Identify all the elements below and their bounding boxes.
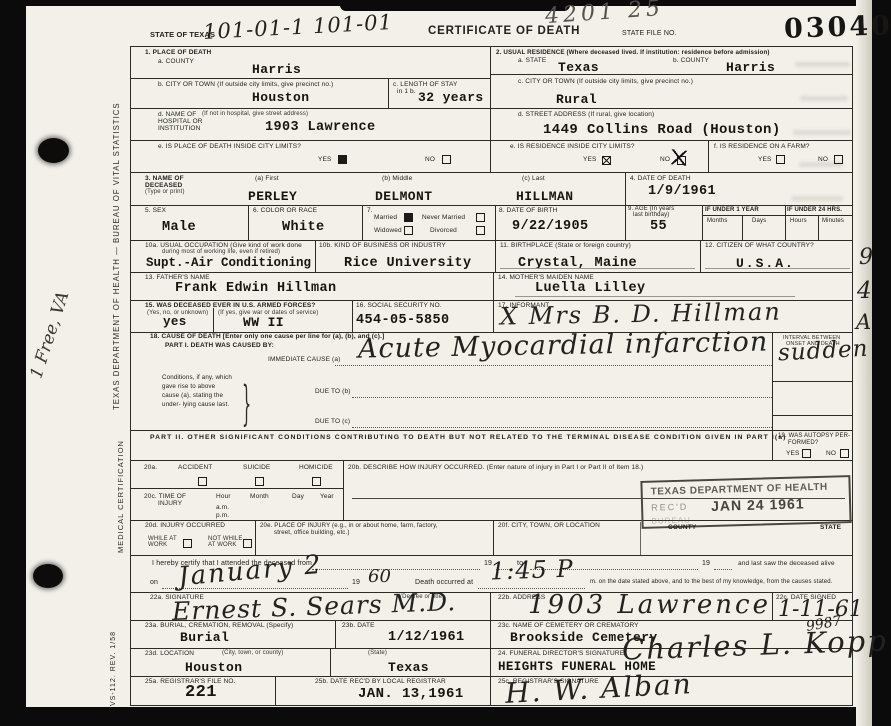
state-file-no-stamp: 03040 — [783, 10, 891, 45]
field-2f-yes-checkbox — [776, 155, 785, 164]
month-label: Month — [250, 493, 269, 500]
field-7-married-label: Married — [374, 214, 397, 221]
field-18-label: 18. CAUSE OF DEATH [Enter only one cause… — [150, 333, 384, 340]
field-11-label: 11. BIRTHPLACE (State or foreign country… — [500, 242, 631, 249]
field-19-yes-label: YES — [786, 450, 799, 457]
field-20e-label: 20e. PLACE OF INJURY (e.g., in or about … — [260, 522, 438, 529]
margin-mark-4: 4 — [857, 278, 872, 304]
field-19-yes-checkbox — [802, 449, 811, 458]
field-1d-label3: INSTITUTION — [158, 125, 200, 132]
field-19-label2: FORMED? — [788, 440, 818, 446]
handwritten-x-mark — [669, 149, 688, 166]
conditions-brace: } — [242, 378, 251, 433]
field-4-label: 4. DATE OF DEATH — [630, 175, 691, 182]
section3-title: 3. NAME OF — [145, 175, 184, 182]
state-label: STATE — [820, 524, 841, 531]
field-23d-label: 23d. LOCATION — [145, 650, 194, 657]
cause-of-death-handwriting: Acute Myocardial infarction — [358, 326, 769, 364]
field-2b-value: Harris — [726, 60, 775, 75]
field-10a-label2: during most of working life, even if ret… — [162, 249, 280, 255]
field-7-label: 7. — [367, 207, 373, 214]
field-1c-value: 32 years — [418, 90, 484, 105]
field-1a-value: Harris — [252, 62, 301, 77]
field-20d-label: 20d. INJURY OCCURRED — [145, 522, 225, 529]
while-at-work-checkbox — [183, 539, 192, 548]
field-20a-label: 20a. — [144, 464, 157, 471]
interval-handwriting: sudden — [777, 336, 869, 367]
certificate-title: CERTIFICATE OF DEATH — [428, 25, 580, 37]
accident-label: ACCIDENT — [178, 464, 212, 471]
field-2b-label: b. COUNTY — [673, 57, 709, 64]
scan-edge-bottom — [0, 707, 891, 726]
field-2f-no-label: NO — [818, 156, 828, 163]
if-under-1-year-label: IF UNDER 1 YEAR — [705, 207, 759, 213]
field-13-value: Frank Edwin Hillman — [175, 281, 337, 296]
field-2f-yes-label: YES — [758, 156, 771, 163]
scan-edge-top-blob — [340, 0, 570, 11]
field-20b-label: 20b. DESCRIBE HOW INJURY OCCURRED. (Ente… — [348, 464, 643, 471]
state-file-no-label: STATE FILE NO. — [622, 30, 677, 37]
field-25b-label: 25b. DATE REC'D BY LOCAL REGISTRAR — [315, 678, 446, 685]
received-stamp-recd: REC'D — [651, 502, 688, 513]
field-7-married-checkbox — [404, 213, 413, 222]
field-15-value2: WW II — [243, 315, 284, 330]
conditions-note: Conditions, if any, which gave rise to a… — [162, 374, 232, 410]
field-20f-label: 20f. CITY, TOWN, OR LOCATION — [498, 522, 600, 529]
part2-label: PART II. OTHER SIGNIFICANT CONDITIONS CO… — [150, 434, 786, 441]
field-23d-city-value: Houston — [185, 660, 242, 675]
field-7-widowed-checkbox — [404, 226, 413, 235]
field-9-label2: last birthday) — [633, 212, 669, 218]
field-25a-value: 221 — [185, 683, 217, 702]
field-3-middle-label: (b) Middle — [382, 175, 412, 182]
margin-mark-9: 9 — [859, 245, 873, 270]
field-16-label: 16. SOCIAL SECURITY NO. — [356, 302, 442, 309]
section3-title3: (Type or print) — [145, 189, 185, 195]
due-to-b-label: DUE TO (b) — [315, 388, 351, 395]
field-8-value: 9/22/1905 — [512, 219, 589, 234]
field-1c-label: c. LENGTH OF STAY — [393, 81, 457, 88]
field-2e-yes-checkbox — [602, 156, 611, 165]
field-4-value: 1/9/1961 — [648, 184, 716, 199]
field-9-value: 55 — [650, 219, 667, 234]
funeral-director-signature: Charles L. Kopp — [621, 623, 888, 666]
field-3-middle-value: DELMONT — [375, 189, 432, 204]
field-23b-value: 1/12/1961 — [388, 630, 465, 645]
field-18-part1: PART I. DEATH WAS CAUSED BY: — [165, 342, 274, 349]
field-14-value: Luella Lilley — [535, 281, 646, 296]
field-2f-no-checkbox — [834, 155, 843, 164]
field-10b-label: 10b. KIND OF BUSINESS OR INDUSTRY — [319, 242, 446, 249]
section3-title2: DECEASED — [145, 182, 182, 189]
field-13-label: 13. FATHER'S NAME — [145, 274, 210, 281]
field-19-no-label: NO — [826, 450, 836, 457]
field-16-value: 454-05-5850 — [356, 313, 450, 328]
year-handwriting: 60 — [368, 566, 391, 587]
field-25b-value: JAN. 13,1961 — [358, 686, 464, 702]
not-while-at-work-checkbox — [243, 539, 252, 548]
suicide-checkbox — [255, 477, 264, 486]
punch-hole-bottom — [33, 564, 63, 588]
pm-label: p.m. — [216, 512, 229, 519]
field-20e-label2: street, office building, etc.) — [274, 529, 350, 536]
certify-on: on — [150, 579, 158, 586]
while-at-work-label2: WORK — [148, 542, 167, 548]
field-2c-value: Rural — [556, 92, 597, 107]
field-2d-label: d. STREET ADDRESS (If rural, give locati… — [518, 111, 654, 118]
certify-text-2: and last saw the deceased alive — [738, 560, 835, 567]
field-23a-value: Burial — [180, 630, 229, 645]
death-time-handwriting: 1:45 P — [490, 555, 575, 586]
field-2c-label: c. CITY OR TOWN (If outside city limits,… — [518, 78, 693, 85]
section2-title: 2. USUAL RESIDENCE (Where deceased lived… — [496, 49, 770, 56]
homicide-label: HOMICIDE — [299, 464, 333, 471]
field-3-first-value: PERLEY — [248, 189, 297, 204]
field-17-informant-signature: X Mrs B. D. Hillman — [500, 298, 782, 331]
field-6-value: White — [282, 220, 325, 235]
punch-hole-top — [38, 138, 69, 163]
field-2e-yes-label: YES — [583, 156, 596, 163]
field-7-divorced-checkbox — [476, 226, 485, 235]
field-19-no-checkbox — [840, 449, 849, 458]
field-1b-label: b. CITY OR TOWN (If outside city limits,… — [158, 81, 333, 88]
field-10a-value: Supt.-Air Conditioning — [146, 256, 311, 270]
death-certificate-scan: 1 Free, VA TEXAS DEPARTMENT OF HEALTH — … — [0, 0, 891, 726]
attended-from-handwriting: January 2 — [177, 550, 324, 593]
field-23d-sub2: (State) — [368, 650, 387, 656]
field-12-label: 12. CITIZEN OF WHAT COUNTRY? — [705, 242, 814, 249]
field-1e-no-label: NO — [425, 156, 435, 163]
due-to-c-label: DUE TO (c) — [315, 418, 350, 425]
field-5-label: 5. SEX — [145, 207, 166, 214]
hour-label: Hour — [216, 493, 231, 500]
received-stamp: TEXAS DEPARTMENT OF HEALTH REC'D JAN 24 … — [640, 475, 851, 529]
homicide-checkbox — [312, 477, 321, 486]
field-1e-label: e. IS PLACE OF DEATH INSIDE CITY LIMITS? — [158, 143, 301, 150]
field-24-label: 24. FUNERAL DIRECTOR'S SIGNATURE — [498, 650, 624, 657]
days-label: Days — [752, 218, 766, 224]
if-under-24-hrs-label: IF UNDER 24 HRS. — [787, 207, 842, 213]
agency-vertical-text: TEXAS DEPARTMENT OF HEALTH — BUREAU OF V… — [112, 135, 121, 410]
minutes-label: Minutes — [822, 218, 844, 224]
field-23a-label: 23a. BURIAL, CREMATION, REMOVAL (Specify… — [145, 622, 293, 629]
field-1d-paren: (If not in hospital, give street address… — [202, 111, 308, 117]
margin-mark-a: A — [856, 310, 871, 334]
field-1e-no-checkbox — [442, 155, 451, 164]
field-23c-label: 23c. NAME OF CEMETERY OR CREMATORY — [498, 622, 639, 629]
field-14-label: 14. MOTHER'S MAIDEN NAME — [498, 274, 594, 281]
field-7-divorced-label: Divorced — [430, 227, 457, 234]
bleedthrough-smudge — [795, 62, 850, 67]
death-occurred-label: Death occurred at — [415, 579, 473, 586]
field-1a-label: a. COUNTY — [158, 58, 194, 65]
field-7-never-married-checkbox — [476, 213, 485, 222]
field-15-value1: yes — [163, 315, 187, 329]
year-label: Year — [320, 493, 334, 500]
field-15-label: 15. WAS DECEASED EVER IN U.S. ARMED FORC… — [145, 302, 316, 309]
field-1d-label: d. NAME OF — [158, 111, 196, 118]
field-2d-value: 1449 Collins Road (Houston) — [543, 122, 781, 138]
field-1d-value: 1903 Lawrence — [265, 120, 376, 135]
field-2a-value: Texas — [558, 60, 599, 75]
field-1c-label2: in 1 b. — [397, 88, 416, 95]
field-23b-label: 23b. DATE — [342, 622, 375, 629]
field-1e-yes-label: YES — [318, 156, 331, 163]
field-7-never-married-label: Never Married — [422, 214, 465, 221]
not-while-at-work-label2: AT WORK — [208, 542, 237, 548]
bleedthrough-smudge — [791, 196, 843, 201]
field-1d-label2: HOSPITAL OR — [158, 118, 203, 125]
field-23d-state-value: Texas — [388, 660, 429, 675]
handwritten-registrar-codes: 101-01-1 101-01 — [203, 10, 394, 44]
certify-19-b: 19 — [702, 560, 710, 567]
field-6-label: 6. COLOR OR RACE — [253, 207, 317, 214]
field-8-label: 8. DATE OF BIRTH — [499, 207, 558, 214]
am-label: a.m. — [216, 504, 229, 511]
physician-address-handwriting: 1903 Lawrence — [528, 590, 771, 620]
medical-certification-vertical-text: MEDICAL CERTIFICATION — [116, 428, 125, 553]
field-1e-yes-checkbox — [338, 155, 347, 164]
field-7-widowed-label: Widowed — [374, 227, 402, 234]
field-23d-sub1: (City, town, or county) — [222, 650, 283, 656]
county-label: COUNTY — [668, 524, 696, 531]
field-3-last-value: HILLMAN — [516, 189, 573, 204]
certify-text-3: m. on the date stated above, and to the … — [590, 579, 833, 585]
field-2e-label: e. IS RESIDENCE INSIDE CITY LIMITS? — [510, 143, 635, 150]
accident-checkbox — [198, 477, 207, 486]
field-1b-value: Houston — [252, 90, 309, 105]
months-label: Months — [707, 218, 728, 224]
field-2a-label: a. STATE — [518, 57, 546, 64]
field-20c-label: 20c. TIME OF — [144, 493, 186, 500]
field-19-label: 19. WAS AUTOPSY PER- — [778, 433, 850, 439]
form-number-vertical-text: VS-112. REV. 1/58 — [110, 618, 117, 706]
field-3-first-label: (a) First — [255, 175, 279, 182]
day-label: Day — [292, 493, 304, 500]
field-3-last-label: (c) Last — [522, 175, 545, 182]
scan-edge-left — [0, 0, 26, 726]
scan-edge-right — [872, 0, 891, 726]
field-5-value: Male — [162, 220, 196, 235]
bleedthrough-smudge — [793, 130, 851, 135]
field-10a-label: 10a. USUAL OCCUPATION (Give kind of work… — [145, 242, 302, 249]
bleedthrough-smudge — [800, 96, 848, 101]
field-10b-value: Rice University — [344, 256, 472, 271]
field-20c-label2: INJURY — [158, 500, 182, 507]
section1-title: 1. PLACE OF DEATH — [145, 49, 211, 56]
received-stamp-date: JAN 24 1961 — [711, 495, 805, 514]
certify-19-c: 19 — [352, 579, 360, 586]
suicide-label: SUICIDE — [243, 464, 270, 471]
hours-label: Hours — [790, 218, 807, 224]
field-2f-label: f. IS RESIDENCE ON A FARM? — [714, 143, 810, 150]
immediate-cause-label: IMMEDIATE CAUSE (a) — [268, 356, 340, 363]
